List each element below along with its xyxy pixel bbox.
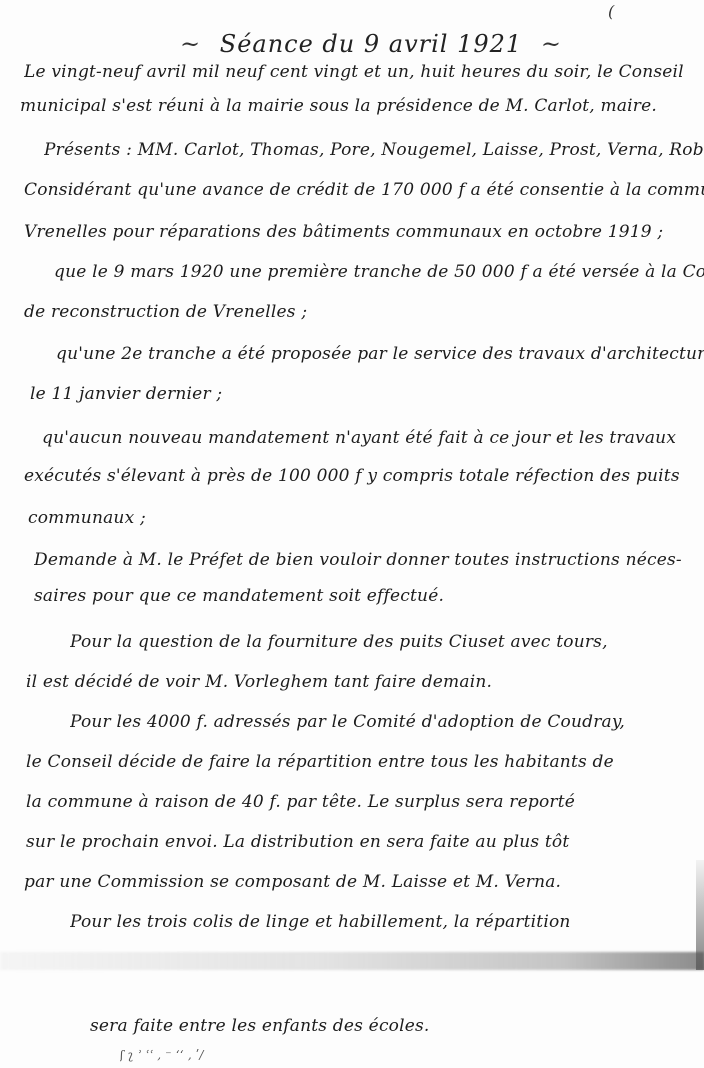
- cut-off-text-fragments: ʃ ʅ ʾ ʿʿ , ⁻ ʻʻ , ʹ/: [120, 1048, 704, 1062]
- text-line: qu'aucun nouveau mandatement n'ayant été…: [42, 428, 704, 448]
- text-line: Vrenelles pour réparations des bâtiments…: [24, 222, 704, 242]
- text-line: il est décidé de voir M. Vorleghem tant …: [26, 672, 704, 692]
- text-line: Demande à M. le Préfet de bien vouloir d…: [34, 550, 704, 570]
- text-line: Considérant qu'une avance de crédit de 1…: [24, 180, 704, 200]
- text-line: Pour les trois colis de linge et habille…: [70, 912, 704, 932]
- text-line: exécutés s'élevant à près de 100 000 f y…: [24, 466, 704, 486]
- text-line: saires pour que ce mandatement soit effe…: [34, 586, 704, 606]
- title-dash-left: ~: [180, 30, 201, 58]
- scanned-document-page: ( ~ Séance du 9 avril 1921 ~ Le vingt-ne…: [0, 0, 704, 1068]
- text-line: que le 9 mars 1920 une première tranche …: [54, 262, 704, 282]
- text-line: communaux ;: [28, 508, 704, 528]
- text-line: sera faite entre les enfants des écoles.: [90, 1016, 704, 1036]
- text-line: Pour la question de la fourniture des pu…: [70, 632, 704, 652]
- text-line: sur le prochain envoi. La distribution e…: [26, 832, 704, 852]
- text-line: par une Commission se composant de M. La…: [24, 872, 704, 892]
- text-line: le Conseil décide de faire la répartitio…: [26, 752, 704, 772]
- text-line: Le vingt-neuf avril mil neuf cent vingt …: [24, 62, 704, 82]
- text-line: qu'une 2e tranche a été proposée par le …: [56, 344, 704, 364]
- text-line: de reconstruction de Vrenelles ;: [24, 302, 704, 322]
- title-text: Séance du 9 avril 1921: [220, 30, 522, 58]
- scan-fold-shadow: [0, 952, 704, 970]
- text-line: municipal s'est réuni à la mairie sous l…: [20, 96, 704, 116]
- attendees-line: Présents : MM. Carlot, Thomas, Pore, Nou…: [44, 140, 704, 160]
- title-dash-right: ~: [541, 30, 562, 58]
- text-line: le 11 janvier dernier ;: [30, 384, 704, 404]
- page-corner-mark: (: [608, 2, 614, 21]
- document-title: ~ Séance du 9 avril 1921 ~: [170, 30, 590, 58]
- text-line: Pour les 4000 f. adressés par le Comité …: [70, 712, 704, 732]
- text-line: la commune à raison de 40 f. par tête. L…: [26, 792, 704, 812]
